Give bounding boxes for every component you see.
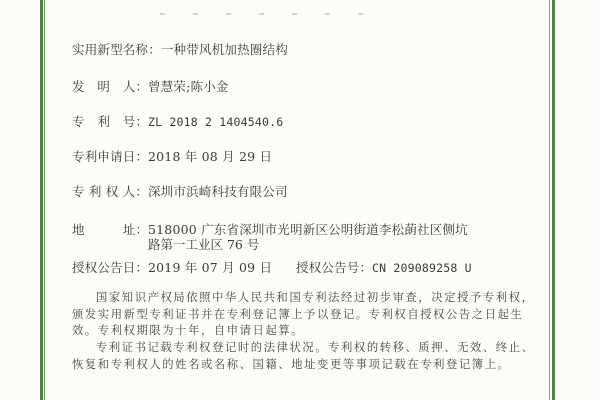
grant-date: 2019 年 07 月 09 日 (148, 258, 272, 276)
field-filing-date: 专利申请日：2018 年 08 月 29 日 (72, 147, 272, 165)
inventor-names: 曾慧荣;陈小金 (148, 77, 229, 95)
border-left-thick (40, 0, 43, 400)
field-grant-date: 授权公告日：2019 年 07 月 09 日 (72, 258, 272, 276)
field-label: 专 利 权 人： (72, 182, 148, 200)
field-label: 地 址： (72, 220, 148, 238)
field-label: 专利申请日： (72, 147, 148, 165)
field-patentee: 专 利 权 人：深圳市浜崎科技有限公司 (72, 182, 288, 200)
filing-date: 2018 年 08 月 29 日 (148, 147, 272, 165)
legal-status-paragraph: 专利证书记载专利权登记时的法律状况。专利权的转移、质押、无效、终止、恢复和专利权… (72, 340, 542, 373)
field-patent-number: 专 利 号：ZL 2018 2 1404540.6 (72, 112, 283, 130)
field-label: 授权公告日： (72, 258, 148, 276)
field-grant-number: 授权公告号：CN 209089258 U (296, 258, 472, 276)
field-label: 授权公告号： (296, 258, 372, 276)
field-address: 地 址：518000 广东省深圳市光明新区公明街道李松蓢社区侧坑 (72, 220, 468, 238)
address-line-2: 路第一工业区 76 号 (148, 235, 259, 253)
field-label: 实用新型名称： (72, 40, 161, 58)
border-left-thin (44, 0, 45, 400)
border-right-thin (549, 0, 550, 400)
border-right-thick (552, 0, 555, 400)
utility-model-name: 一种带风机加热圈结构 (161, 40, 288, 58)
grant-statement-paragraph: 国家知识产权局依照中华人民共和国专利法经过初步审查，决定授予专利权，颁发实用新型… (72, 290, 542, 340)
patentee-name: 深圳市浜崎科技有限公司 (148, 182, 288, 200)
field-label: 专 利 号： (72, 112, 148, 130)
field-label: 发 明 人： (72, 77, 148, 95)
cut-off-header-text (160, 0, 420, 2)
field-utility-model-name: 实用新型名称：一种带风机加热圈结构 (72, 40, 288, 58)
field-inventor: 发 明 人：曾慧荣;陈小金 (72, 77, 229, 95)
patent-number: ZL 2018 2 1404540.6 (148, 115, 283, 129)
grant-number: CN 209089258 U (372, 261, 472, 275)
